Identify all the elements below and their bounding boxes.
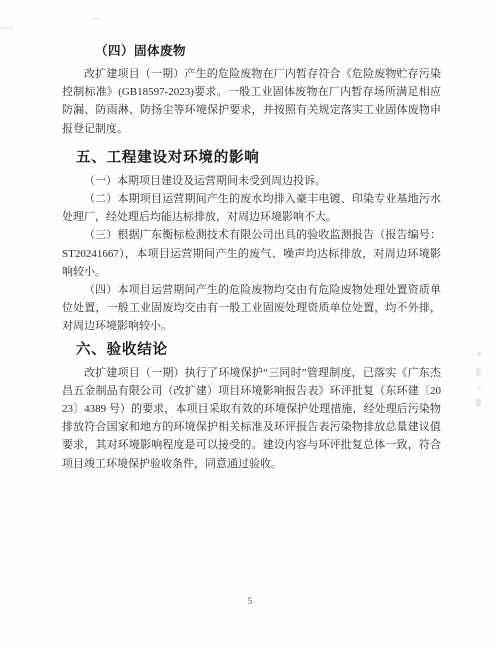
scan-artifact [477,352,481,357]
subheading-solid-waste: （四）固体废物 [95,44,441,59]
paragraph-item-3: （三）根据广东衡标检测技术有限公司出具的验收监测报告（报告编号：ST202416… [62,226,441,281]
heading-section-six: 六、验收结论 [76,341,441,359]
scan-artifact [92,17,100,20]
paragraph-item-4: （四）本项目运营期间产生的危险废物均交由有危险废物处理处置资质单位处置，一般工业… [62,281,441,336]
document-body: （四）固体废物 改扩建项目（一期）产生的危险废物在厂内暂存符合《危险废物贮存污染… [62,44,441,473]
heading-section-five: 五、工程建设对环境的影响 [76,149,441,167]
page-number: 5 [0,596,500,606]
paragraph-solid-waste: 改扩建项目（一期）产生的危险废物在厂内暂存符合《危险废物贮存污染控制标准》(GB… [62,65,441,138]
paragraph-item-2: （二）本期项目运营期间产生的废水均排入豪丰电镀、印染专业基地污水处理厂，经处理后… [62,190,441,226]
scan-artifact [476,368,481,376]
scan-artifact [0,27,14,29]
paragraph-item-1: （一）本期项目建设及运营期间未受到周边投诉。 [62,172,441,190]
scan-artifact [477,386,481,390]
document-page: （四）固体废物 改扩建项目（一期）产生的危险废物在厂内暂存符合《危险废物贮存污染… [0,0,500,650]
scan-artifact [476,398,481,407]
paragraph-conclusion: 改扩建项目（一期）执行了环境保护“三同时”管理制度，已落实《广东杰昌五金制品有限… [62,364,441,473]
